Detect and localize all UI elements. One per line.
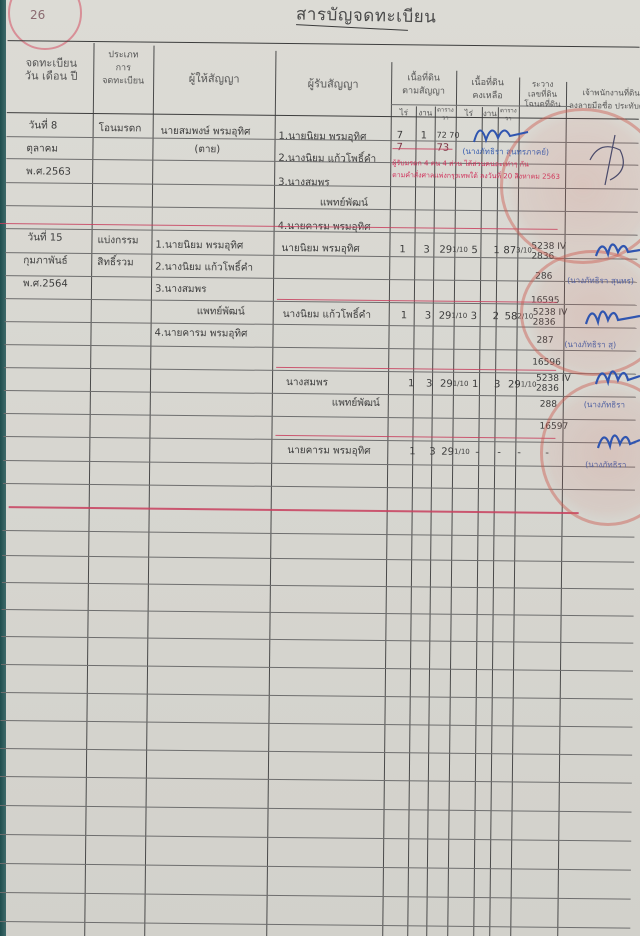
entry1-wa: 72 70 xyxy=(437,131,460,140)
row3-map-sheet: 5238 IV xyxy=(536,374,571,384)
row4-ngan: 3 xyxy=(429,447,435,458)
entry1-grantor: นายสมพงษ์ พรมอุทิศ xyxy=(161,124,251,140)
col-divider xyxy=(382,62,392,936)
row1-grantee: นายนิยม พรมอุทิศ xyxy=(281,241,359,257)
entry2-type-1: แบ่งกรรม xyxy=(97,233,138,248)
entry1-grantee-2: 2.นางนิยม แก้วโพธิ์คำ xyxy=(278,151,376,167)
row3-rem-wa: 291/10 xyxy=(508,379,537,390)
row-line xyxy=(0,892,631,900)
col-divider xyxy=(266,51,276,936)
entry1-month: ตุลาคม xyxy=(26,141,58,156)
row1-rem-rai: 5 xyxy=(471,245,477,256)
col-divider xyxy=(489,107,499,936)
unit-wa: ตารางวา xyxy=(435,107,456,123)
row3-ngan: 3 xyxy=(426,378,432,389)
row4-wa: 291/10 xyxy=(441,447,470,458)
row2-grantee: นางนิยม แก้วโพธิ์คำ xyxy=(283,307,371,323)
entry1-rai: 7 xyxy=(397,130,403,141)
row-line xyxy=(2,530,634,538)
row4-grantee: นายคารม พรมอุทิศ xyxy=(287,443,370,459)
entry2-grantor-2: 2.นางนิยม แก้วโพธิ์คำ xyxy=(155,260,253,276)
header-type: ประเภท การ จดทะเบียน xyxy=(93,49,153,89)
signature-icon xyxy=(470,118,530,148)
row-line xyxy=(2,582,634,590)
row1-rem-wa: 873/10 xyxy=(503,245,532,256)
row4-rem-wa: - xyxy=(517,447,521,458)
entry1-day: วันที่ 8 xyxy=(29,118,58,133)
col-divider xyxy=(84,43,94,936)
entry1-grantee-3-surname: แพทย์พัฒน์ xyxy=(320,195,368,211)
header-top-line xyxy=(8,40,640,48)
entry2-grantor-3-surname: แพทย์พัฒน์ xyxy=(197,304,245,320)
row-line xyxy=(0,863,631,871)
row-line xyxy=(0,748,632,756)
unit-rai: ไร่ xyxy=(392,106,416,119)
col-divider xyxy=(407,106,417,936)
col-divider xyxy=(426,107,436,936)
row2-rem-ngan: 2 xyxy=(493,311,499,322)
row-line xyxy=(0,776,632,784)
row3-grantee: นางสมพร xyxy=(286,375,328,390)
row3-rem-ngan: 3 xyxy=(494,379,500,390)
signature-icon xyxy=(596,424,640,454)
row-line xyxy=(2,609,634,617)
entry1-grantee-3: 3.นางสมพร xyxy=(278,175,330,191)
row4-rai: 1 xyxy=(409,446,415,457)
col-divider xyxy=(473,107,483,936)
row1-rai: 1 xyxy=(399,244,405,255)
row-line xyxy=(1,664,633,672)
row-line xyxy=(0,720,632,728)
row2-rai: 1 xyxy=(401,310,407,321)
row1-wa: 291/10 xyxy=(439,245,468,256)
signature-icon xyxy=(594,360,640,390)
row3-map-no: 2836 xyxy=(536,384,559,394)
row3-rem-rai: 1 xyxy=(472,379,478,390)
entry2-grantor-4: 4.นายคารม พรมอุทิศ xyxy=(154,326,247,342)
row-line xyxy=(0,921,630,929)
entry2-grantor-3: 3.นางสมพร xyxy=(155,282,207,298)
row-line xyxy=(2,555,634,563)
handwritten-mark-icon xyxy=(580,130,640,190)
header-grantee: ผู้รับสัญญา xyxy=(275,77,391,91)
row3-rai: 1 xyxy=(408,378,414,389)
header-area-remaining: เนื้อที่ดิน คงเหลือ xyxy=(456,77,519,104)
header-new-land-no: ระวาง เลขที่ดิน โฉนดที่ดิน xyxy=(519,79,566,109)
signature-icon xyxy=(594,234,640,262)
row2-wa: 291/10 xyxy=(439,311,468,322)
row-line xyxy=(0,834,631,842)
header-area-contract: เนื้อที่ดิน ตามสัญญา xyxy=(391,72,456,99)
row-line xyxy=(4,413,636,421)
entry2-day: วันที่ 15 xyxy=(27,230,62,245)
row3-grantee-surname: แพทย์พัฒน์ xyxy=(332,395,380,411)
col-divider xyxy=(447,71,457,936)
row4-rem-rai: - xyxy=(475,447,479,458)
signature-icon xyxy=(584,300,640,330)
header-date: จดทะเบียน วัน เดือน ปี xyxy=(9,56,93,83)
row-line xyxy=(3,483,635,491)
entry2-year: พ.ศ.2564 xyxy=(23,276,68,291)
row2-rem-rai: 3 xyxy=(471,311,477,322)
row2-ngan: 3 xyxy=(425,310,431,321)
row4-rem-ngan: - xyxy=(497,447,501,458)
entry1-grantor-note: (ตาย) xyxy=(194,142,220,157)
row-line xyxy=(1,692,633,700)
unit-ngan: งาน xyxy=(416,106,435,119)
row-line xyxy=(0,805,632,813)
entry1-grantee-1: 1.นายนิยม พรมอุทิศ xyxy=(279,129,367,145)
entry2-grantor-1: 1.นายนิยม พรมอุทิศ xyxy=(155,238,243,254)
row-line xyxy=(1,636,633,644)
entry1-type: โอนมรดก xyxy=(99,121,142,136)
entry1-ngan: 1 xyxy=(421,130,427,141)
col-divider xyxy=(144,46,154,936)
row1-ngan: 3 xyxy=(423,244,429,255)
entry2-month: กุมภาพันธ์ xyxy=(23,253,68,268)
entry1-year: พ.ศ.2563 xyxy=(26,164,71,179)
entry2-type-2: สิทธิ์รวม xyxy=(97,255,134,270)
row3-wa: 291/10 xyxy=(440,379,469,390)
row1-rem-ngan: 1 xyxy=(493,245,499,256)
row-separator xyxy=(275,435,555,439)
header-grantor: ผู้ให้สัญญา xyxy=(153,72,275,86)
